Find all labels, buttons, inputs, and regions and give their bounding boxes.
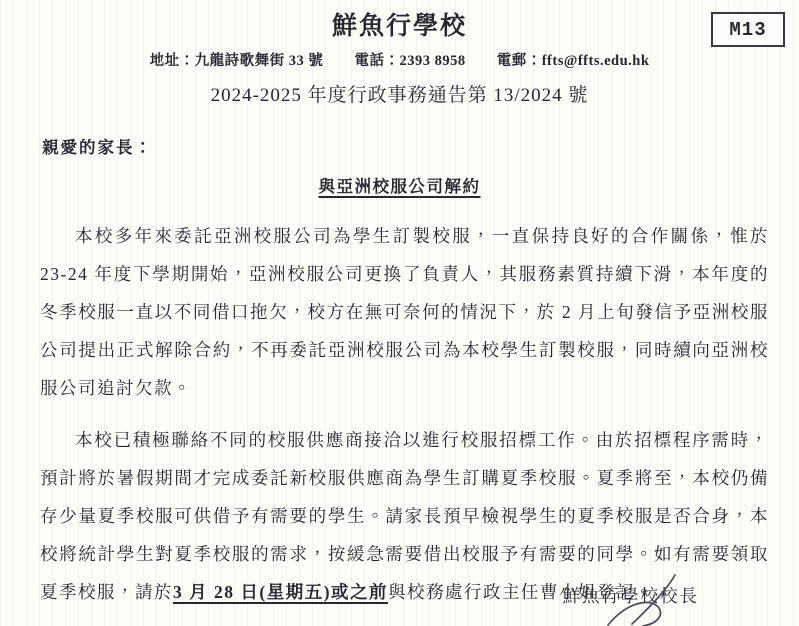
- subject-title: 與亞洲校服公司解約: [0, 173, 799, 197]
- deadline-emphasis: 3 月 28 日(星期五)或之前: [173, 582, 388, 602]
- document-page: M13 鮮魚行學校 地址：九龍詩歌舞街 33 號 電話：2393 8958 電郵…: [0, 0, 799, 626]
- notice-number: 2024-2025 年度行政事務通告第 13/2024 號: [0, 80, 799, 107]
- contact-line: 地址：九龍詩歌舞街 33 號 電話：2393 8958 電郵：ffts@ffts…: [0, 49, 799, 70]
- signoff-title: 鮮魚行學校校長: [563, 583, 700, 608]
- ref-code: M13: [729, 19, 766, 41]
- letter-body: 本校多年來委託亞洲校服公司為學生訂製校服，一直保持良好的合作關係，惟於 23-2…: [40, 217, 769, 611]
- paragraph-1-text: 本校多年來委託亞洲校服公司為學生訂製校服，一直保持良好的合作關係，惟於 23-2…: [40, 226, 769, 398]
- greeting: 親愛的家長：: [42, 134, 799, 158]
- phone-text: 電話：2393 8958: [354, 49, 465, 70]
- paragraph-1: 本校多年來委託亞洲校服公司為學生訂製校服，一直保持良好的合作關係，惟於 23-2…: [40, 217, 769, 407]
- paragraph-2-text: 本校已積極聯絡不同的校服供應商接洽以進行校服招標工作。由於招標程序需時，預計將於…: [40, 430, 769, 602]
- address-text: 地址：九龍詩歌舞街 33 號: [150, 49, 324, 70]
- email-text: 電郵：ffts@ffts.edu.hk: [497, 49, 650, 70]
- letterhead: 鮮魚行學校 地址：九龍詩歌舞街 33 號 電話：2393 8958 電郵：fft…: [0, 0, 799, 107]
- ref-code-box: M13: [711, 12, 785, 47]
- school-name: 鮮魚行學校: [0, 13, 799, 40]
